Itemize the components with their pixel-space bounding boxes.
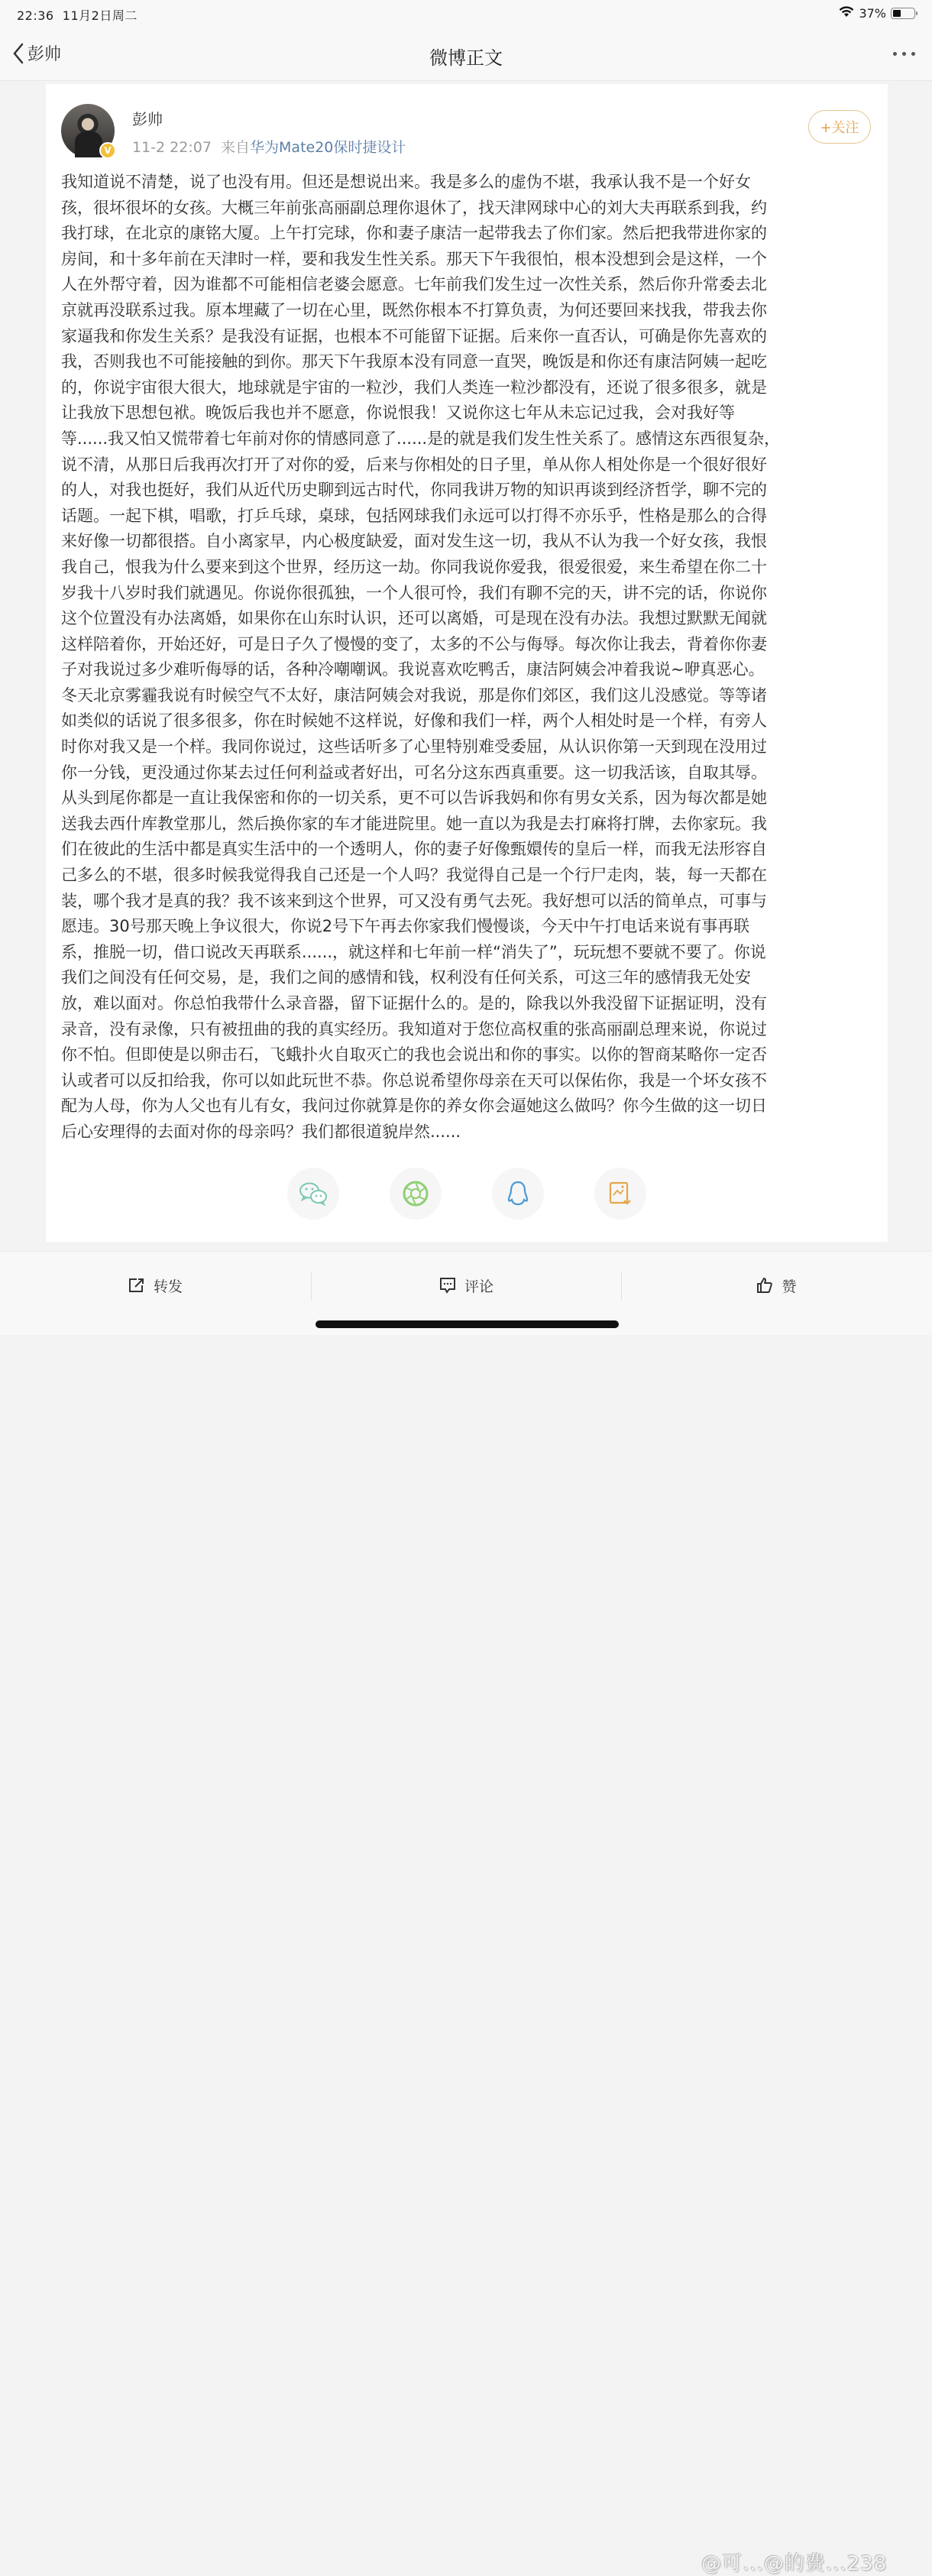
post-text-line: 说不清，从那日后我再次打开了对你的爱，后来与你相处的日子里，单从你人相处你是一个… <box>61 452 872 478</box>
post-timestamp: 11-2 22:07 <box>132 139 212 156</box>
post-text-line: 来好像一切都很搭。自小离家早，内心极度缺爱，面对发生这一切，我从不认为我一个好女… <box>61 529 872 555</box>
post-text-line: 岁我十八岁时我们就遇见。你说你很孤独，一个人很可怜，我们有聊不完的天，讲不完的话… <box>61 581 872 607</box>
status-bar: 22:36 11月2日周二 37% <box>0 0 932 29</box>
post-text-line: 系，推脱一切，借口说改天再联系......，就这样和七年前一样“消失了”，玩玩想… <box>61 940 872 966</box>
source-prefix: 来自 <box>221 139 250 156</box>
post-text-line: 让我放下思想包袱。晚饭后我也并不愿意，你说恨我！又说你这七年从未忘记过我，会对我… <box>61 400 872 426</box>
comment-button[interactable]: 评论 <box>311 1270 621 1301</box>
more-options-button[interactable] <box>893 52 915 56</box>
share-qq-button[interactable] <box>492 1168 544 1220</box>
post-text-line: 房间，和十多年前在天津时一样，要和我发生性关系。那天下午我很怕，根本没想到会是这… <box>61 247 872 273</box>
avatar[interactable]: V <box>61 104 115 157</box>
post-text-line: 我自己，恨我为什么要来到这个世界，经历这一劫。你同我说你爱我，很爱很爱，来生希望… <box>61 555 872 581</box>
verified-badge-icon: V <box>99 142 116 159</box>
wechat-icon <box>299 1181 328 1206</box>
post-text-line: 录音，没有录像，只有被扭曲的我的真实经历。我知道对于您位高权重的张高丽副总理来说… <box>61 1017 872 1043</box>
post-text-line: 我打球，在北京的康铭大厦。上午打完球，你和妻子康洁一起带我去了你们家。然后把我带… <box>61 221 872 247</box>
repost-label: 转发 <box>154 1275 183 1296</box>
post-text-line: 子对我说过多少难听侮辱的话，各种冷嘲嘲讽。我说喜欢吃鸭舌，康洁阿姨会冲着我说~咿… <box>61 657 872 683</box>
moments-icon <box>402 1180 429 1207</box>
status-time: 22:36 <box>17 8 54 23</box>
post-text-line: 己多么的不堪，很多时候我觉得我自己还是一个人吗？我觉得自己是一个行尸走肉，装，每… <box>61 863 872 889</box>
thumbs-up-icon <box>756 1276 774 1294</box>
home-indicator[interactable] <box>316 1320 619 1328</box>
post-text-line: 人在外帮守着，因为谁都不可能相信老婆会愿意。七年前我们发生过一次性关系，然后你升… <box>61 272 872 298</box>
status-indicators: 37% <box>839 6 915 21</box>
post-text-line: 认或者可以反扣给我，你可以如此玩世不恭。你总说希望你母亲在天可以保佑你，我是一个… <box>61 1068 872 1094</box>
post-text-line: 如类似的话说了很多很多，你在时候她不这样说，好像和我们一样，两个人相处时是一个样… <box>61 708 872 734</box>
post-text-line: 们在彼此的生活中都是真实生活中的一个透明人，你的妻子好像甄嬛传的皇后一样，而我无… <box>61 837 872 863</box>
post-text-line: 的人，对我也挺好，我们从近代历史聊到远古时代，你同我讲万物的知识再谈到经济哲学，… <box>61 478 872 504</box>
source-device-link[interactable]: 华为Mate20保时捷设计 <box>250 139 406 156</box>
like-label: 赞 <box>782 1275 796 1296</box>
post-body: 我知道说不清楚，说了也没有用。但还是想说出来。我是多么的虚伪不堪，我承认我不是一… <box>61 170 872 1145</box>
follow-button[interactable]: +关注 <box>808 110 871 144</box>
post-text-line: 京就再没联系过我。原本埋藏了一切在心里，既然你根本不打算负责，为何还要回来找我，… <box>61 298 872 324</box>
wifi-icon <box>839 6 854 21</box>
like-button[interactable]: 赞 <box>621 1270 931 1301</box>
post-text-line: 我们之间没有任何交易，是，我们之间的感情和钱，权利没有任何关系，可这三年的感情我… <box>61 965 872 991</box>
post-text-line: 家逼我和你发生关系？是我没有证据，也根本不可能留下证据。后来你一直否认，可确是你… <box>61 324 872 350</box>
share-wechat-button[interactable] <box>287 1168 339 1220</box>
status-date: 11月2日周二 <box>63 8 138 23</box>
post-text-line: 我知道说不清楚，说了也没有用。但还是想说出来。我是多么的虚伪不堪，我承认我不是一… <box>61 170 872 196</box>
post-text-line: 装，哪个我才是真的我？我不该来到这个世界，可又没有勇气去死。我好想可以活的简单点… <box>61 889 872 915</box>
post-text-line: 我，否则我也不可能接触的到你。那天下午我原本没有同意一直哭，晚饭是和你还有康洁阿… <box>61 349 872 375</box>
qq-icon <box>506 1180 529 1207</box>
comment-icon <box>438 1276 457 1294</box>
post-meta: 11-2 22:07 来自华为Mate20保时捷设计 <box>132 136 406 157</box>
post-text-line: 这个位置没有办法离婚，如果你在山东时认识，还可以离婚，可是现在没有办法。我想过默… <box>61 606 872 632</box>
save-image-button[interactable] <box>594 1168 646 1220</box>
post-text-line: 从头到尾你都是一直让我保密和你的一切关系，更不可以告诉我妈和你有男女关系，因为每… <box>61 786 872 812</box>
post-text-line: 配为人母，你为人父也有儿有女，我问过你就算是你的养女你会逼她这么做吗？你今生做的… <box>61 1094 872 1120</box>
post-text-line: 等......我又怕又慌带着七年前对你的情感同意了......是的就是我们发生性… <box>61 426 872 452</box>
share-moments-button[interactable] <box>390 1168 442 1220</box>
nav-bar: 彭帅 微博正文 <box>0 29 932 81</box>
repost-icon <box>128 1277 146 1294</box>
status-datetime: 22:36 11月2日周二 <box>17 6 138 24</box>
more-dot-icon <box>893 52 897 56</box>
repost-button[interactable]: 转发 <box>0 1270 310 1301</box>
post-text-line: 你不怕。但即使是以卵击石，飞蛾扑火自取灭亡的我也会说出和你的事实。以你的智商某略… <box>61 1042 872 1068</box>
post-text-line: 送我去西什库教堂那儿，然后换你家的车才能进院里。她一直以为我是去打麻将打牌，去你… <box>61 812 872 838</box>
post-text-line: 这样陪着你，开始还好，可是日子久了慢慢的变了，太多的不公与侮辱。每次你让我去，背… <box>61 632 872 658</box>
battery-percent: 37% <box>859 6 886 21</box>
page-title: 微博正文 <box>0 43 932 70</box>
comment-label: 评论 <box>464 1275 494 1296</box>
battery-icon <box>891 8 915 19</box>
more-dot-icon <box>911 52 915 56</box>
post-text-line: 话题。一起下棋，唱歌，打乒乓球，桌球，包括网球我们永远可以打得不亦乐乎，性格是那… <box>61 504 872 530</box>
post-text-line: 后心安理得的去面对你的母亲吗？我们都很道貌岸然...... <box>61 1120 872 1145</box>
post-text-line: 放，难以面对。你总怕我带什么录音器，留下证据什么的。是的，除我以外我没留下证据证… <box>61 991 872 1017</box>
battery-level <box>893 10 901 17</box>
post-text-line: 的，你说宇宙很大很大，地球就是宇宙的一粒沙，我们人类连一粒沙都没有，还说了很多很… <box>61 375 872 401</box>
more-dot-icon <box>902 52 906 56</box>
author-name[interactable]: 彭帅 <box>132 107 163 129</box>
post-text-line: 冬天北京雾霾我说有时候空气不太好，康洁阿姨会对我说，那是你们郊区，我们这儿没感觉… <box>61 683 872 709</box>
post-text-line: 孩，很坏很坏的女孩。大概三年前张高丽副总理你退休了，找天津网球中心的刘大夫再联系… <box>61 196 872 222</box>
post-text-line: 愿违。30号那天晚上争议很大，你说2号下午再去你家我们慢慢谈，今天中午打电话来说… <box>61 914 872 940</box>
post-text-line: 时你对我又是一个样。我同你说过，这些话听多了心里特别难受委屈，从认识你第一天到现… <box>61 734 872 760</box>
save-image-icon <box>608 1181 633 1207</box>
post-card: V 彭帅 11-2 22:07 来自华为Mate20保时捷设计 +关注 我知道说… <box>46 84 888 1242</box>
post-text-line: 你一分钱，更没通过你某去过任何利益或者好出，可名分这东西真重要。这一切我活该，自… <box>61 760 872 786</box>
share-row <box>46 1168 888 1223</box>
